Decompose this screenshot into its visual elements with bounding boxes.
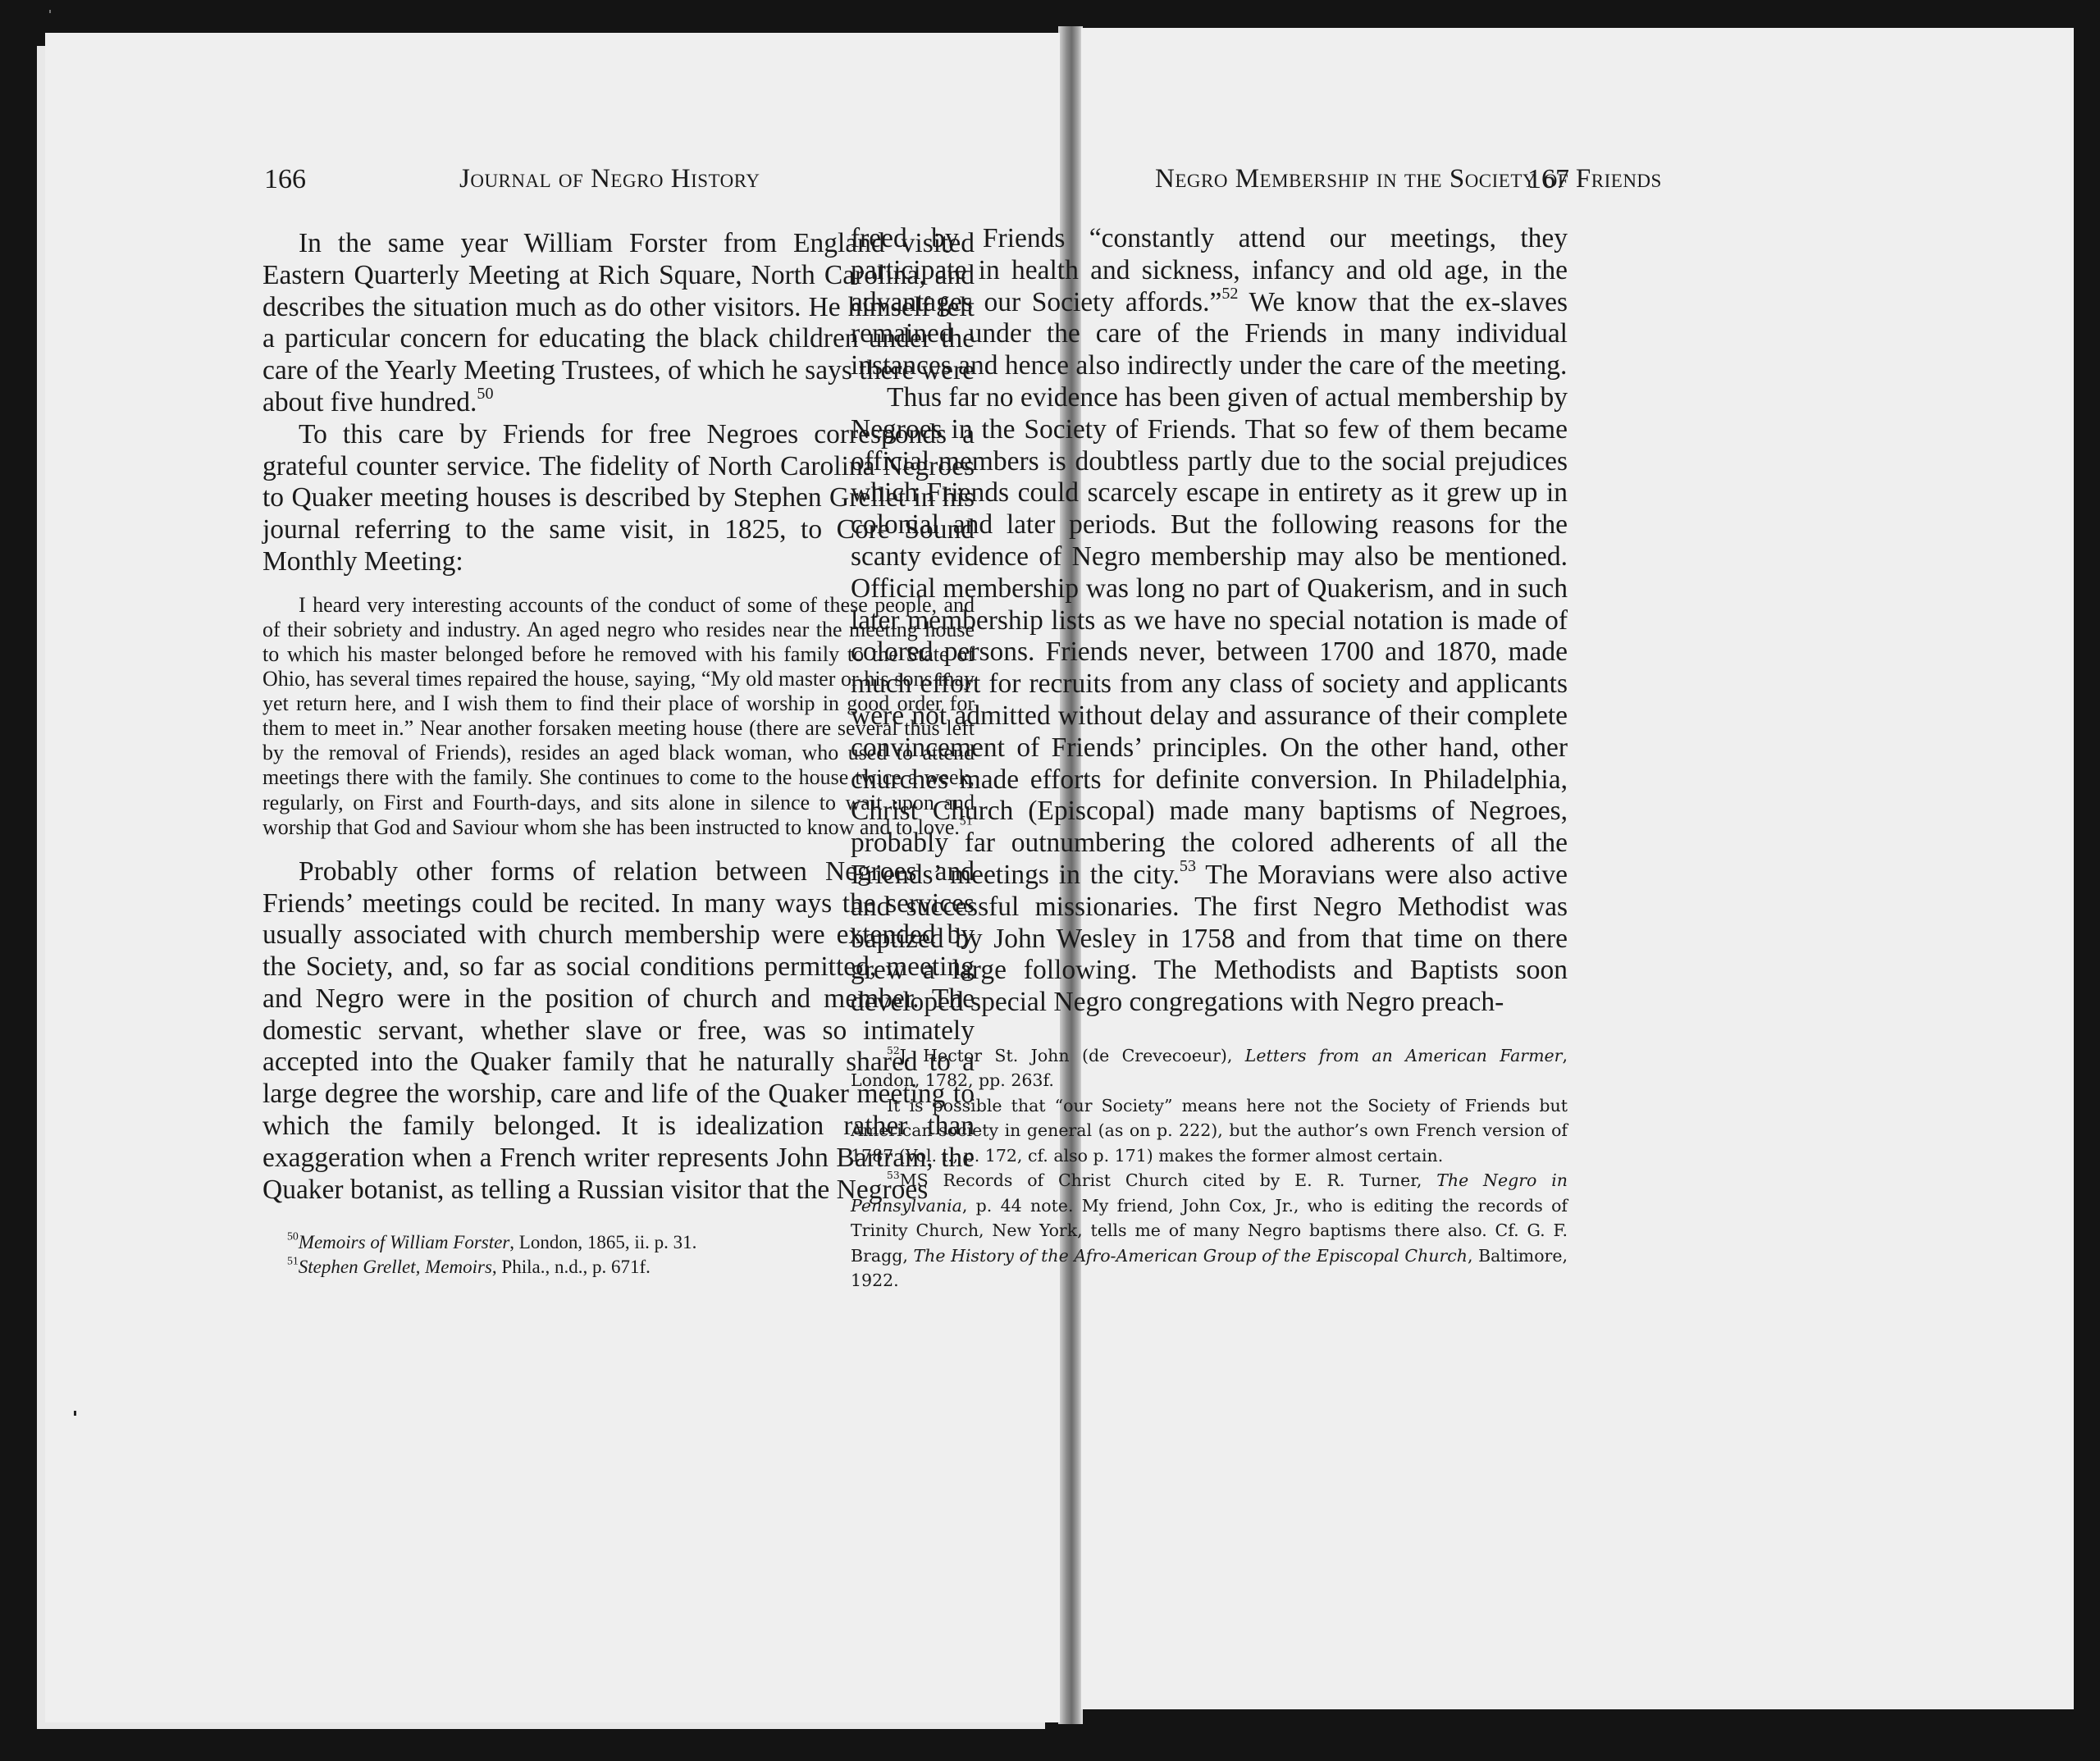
footnote-ref: 50 — [477, 385, 493, 403]
footnote-title: The History of the Afro-American Group o… — [913, 1246, 1468, 1266]
right-page-number: 167 — [1527, 164, 1569, 195]
footnote-title: Letters from an American Farmer — [1245, 1046, 1563, 1065]
left-running-head: Journal of Negro History — [459, 164, 760, 194]
right-text-column: freed by Friends “constantly attend our … — [851, 223, 1568, 1293]
scan-speck — [49, 10, 51, 13]
paragraph: Thus far no evidence has been given of a… — [851, 382, 1568, 1019]
footnote-53: 53MS Records of Christ Church cited by E… — [851, 1168, 1568, 1293]
scan-speck — [74, 1411, 76, 1416]
footnote-number: 51 — [287, 1255, 299, 1267]
right-running-head: Negro Membership in the Society of Frien… — [1155, 164, 1662, 194]
footnote-title: Stephen Grellet, Memoirs — [299, 1257, 492, 1277]
footnote-text: , London, 1865, ii. p. 31. — [509, 1232, 696, 1252]
footnote-52-continued: It is possible that “our Society” means … — [851, 1093, 1568, 1169]
footnote-number: 52 — [887, 1045, 900, 1056]
footnote-ref: 52 — [1221, 285, 1238, 303]
paragraph-text: Thus far no evidence has been given of a… — [851, 382, 1568, 890]
footnote-text: MS Records of Christ Church cited by E. … — [900, 1170, 1437, 1190]
footnote-title: Memoirs of William Forster — [299, 1232, 509, 1252]
left-page-number: 166 — [264, 164, 306, 195]
footnotes: 52J. Hector St. John (de Crevecoeur), Le… — [851, 1043, 1568, 1293]
footnote-text: , Phila., n.d., p. 671f. — [492, 1257, 651, 1277]
footnote-number: 50 — [287, 1230, 299, 1243]
footnote-52: 52J. Hector St. John (de Crevecoeur), Le… — [851, 1043, 1568, 1093]
footnote-number: 53 — [887, 1170, 900, 1181]
footnote-text: J. Hector St. John (de Crevecoeur), — [900, 1046, 1245, 1065]
paragraph: freed by Friends “constantly attend our … — [851, 223, 1568, 382]
footnote-ref: 53 — [1180, 857, 1196, 875]
